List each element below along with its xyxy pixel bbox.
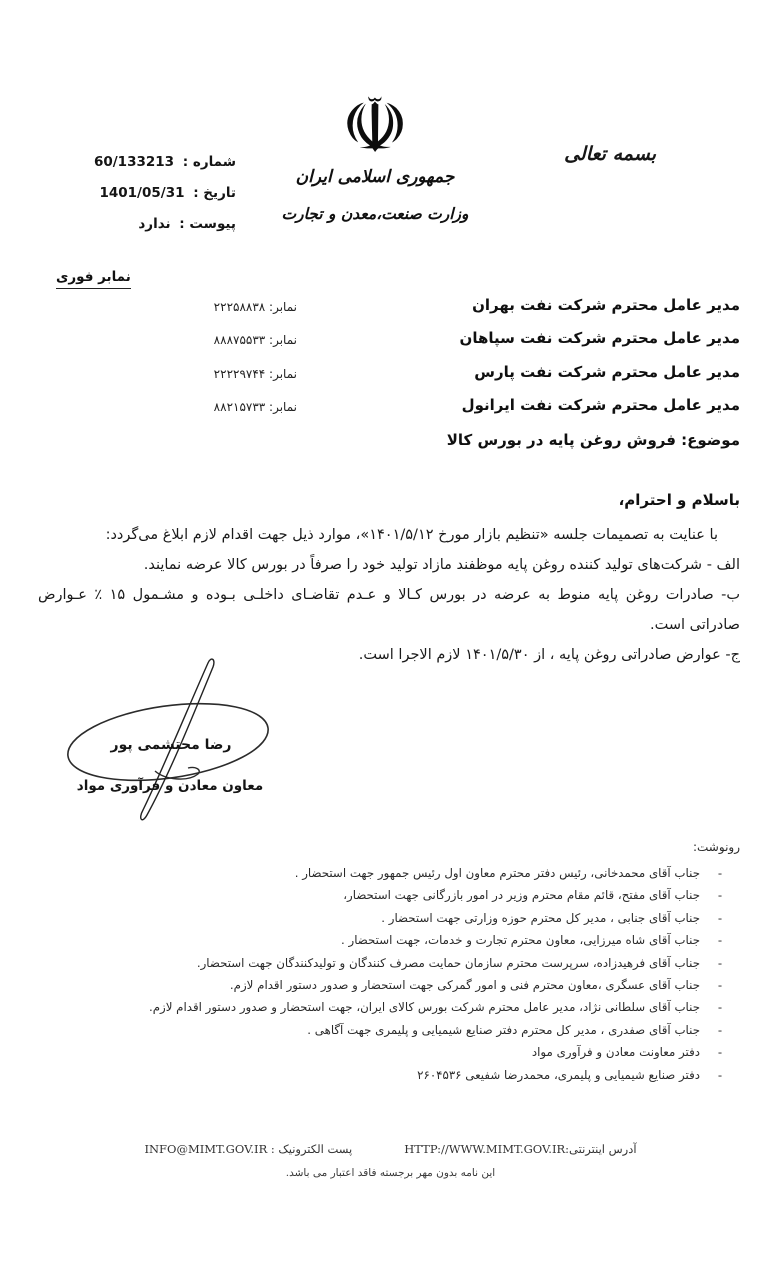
- cc-item: دفتر صنایع شیمیایی و پلیمری، محمدرضا شفی…: [40, 1064, 740, 1086]
- urgent-fax-header: نمابر فوری: [56, 269, 131, 289]
- letter-attachment-value: ندارد: [138, 216, 174, 232]
- salutation-line: باسلام و احترام،: [619, 491, 740, 509]
- bismillah-text: بسمه تعالی: [564, 143, 656, 165]
- letter-meta-block: شماره : 60/133213 تاریخ : 1401/05/31 پیو…: [28, 147, 236, 240]
- cc-item: جناب آقای جنابی ، مدیر کل محترم حوزه وزا…: [40, 907, 740, 929]
- letter-date-value: 1401/05/31: [99, 185, 188, 201]
- cc-label: رونوشت:: [40, 838, 740, 856]
- recipient-name: مدیر عامل محترم شرکت نفت سپاهان: [40, 329, 740, 347]
- recipient-row: مدیر عامل محترم شرکت نفت پارس نمابر: ۲۲۲…: [40, 363, 740, 387]
- recipient-name: مدیر عامل محترم شرکت نفت ایرانول: [40, 396, 740, 414]
- letter-attachment-row: پیوست : ندارد: [28, 209, 236, 240]
- cc-block: رونوشت: جناب آقای محمدخانی، رئیس دفتر مح…: [40, 838, 740, 1086]
- ministry-name: وزارت صنعت،معدن و تجارت: [245, 204, 505, 223]
- footer-email-address: پست الکترونیک : INFO@MIMT.GOV.IR: [144, 1142, 352, 1156]
- recipient-fax: نمابر: ۸۸۲۱۵۷۳۳: [157, 400, 297, 414]
- cc-item: جناب آقای شاه میرزایی، معاون محترم تجارت…: [40, 929, 740, 951]
- letter-date-label: تاریخ :: [193, 185, 236, 201]
- letter-date-row: تاریخ : 1401/05/31: [28, 178, 236, 209]
- letter-number-row: شماره : 60/133213: [28, 147, 236, 178]
- body-line-clause-b: ب- صادرات روغن پایه منوط به عرضه در بورس…: [38, 580, 740, 610]
- recipient-fax: نمابر: ۸۸۸۷۵۵۳۳: [157, 333, 297, 347]
- body-line-intro: با عنایت به تصمیمات جلسه «تنظیم بازار مو…: [38, 520, 740, 550]
- recipient-row: مدیر عامل محترم شرکت نفت ایرانول نمابر: …: [40, 396, 740, 420]
- cc-item: جناب آقای سلطانی نژاد، مدیر عامل محترم ش…: [40, 996, 740, 1018]
- recipient-name: مدیر عامل محترم شرکت نفت بهران: [40, 296, 740, 314]
- footer-contact-line: آدرس اینترنتی:HTTP://WWW.MIMT.GOV.IRپست …: [0, 1142, 781, 1156]
- cc-list: جناب آقای محمدخانی، رئیس دفتر محترم معاو…: [40, 862, 740, 1086]
- footer-validity-note: این نامه بدون مهر برجسته فاقد اعتبار می …: [0, 1167, 781, 1179]
- body-line-clause-b-cont: صادراتی است.: [38, 610, 740, 640]
- letter-body: با عنایت به تصمیمات جلسه «تنظیم بازار مو…: [38, 520, 740, 670]
- cc-item: جناب آقای عسگری ،معاون محترم فنی و امور …: [40, 974, 740, 996]
- recipient-name: مدیر عامل محترم شرکت نفت پارس: [40, 363, 740, 381]
- cc-item: دفتر معاونت معادن و فرآوری مواد: [40, 1041, 740, 1063]
- recipients-list: مدیر عامل محترم شرکت نفت بهران نمابر: ۲۲…: [40, 296, 740, 436]
- subject-line: موضوع: فروش روغن پایه در بورس کالا: [447, 431, 740, 449]
- recipient-fax: نمابر: ۲۲۲۵۸۸۳۸: [157, 300, 297, 314]
- recipient-row: مدیر عامل محترم شرکت نفت بهران نمابر: ۲۲…: [40, 296, 740, 320]
- signer-title: معاون معادن و فرآوری مواد: [72, 778, 268, 794]
- country-name: جمهوری اسلامی ایران: [255, 167, 495, 187]
- signer-name: رضا محتشمی پور: [110, 737, 232, 753]
- cc-item: جناب آقای مفتح، قائم مقام محترم وزیر در …: [40, 884, 740, 906]
- iran-emblem-icon: ☫: [341, 81, 409, 170]
- cc-item: جناب آقای محمدخانی، رئیس دفتر محترم معاو…: [40, 862, 740, 884]
- recipient-row: مدیر عامل محترم شرکت نفت سپاهان نمابر: ۸…: [40, 329, 740, 353]
- cc-item: جناب آقای فرهیدزاده، سرپرست محترم سازمان…: [40, 952, 740, 974]
- letter-number-value: 60/133213: [94, 154, 178, 170]
- letter-number-label: شماره :: [183, 154, 236, 170]
- emblem-wrap: ☫: [285, 86, 465, 166]
- recipient-fax: نمابر: ۲۲۲۲۹۷۴۴: [157, 367, 297, 381]
- body-line-clause-a: الف - شرکت‌های تولید کننده روغن پایه موظ…: [38, 550, 740, 580]
- official-letter-page: شماره : 60/133213 تاریخ : 1401/05/31 پیو…: [0, 0, 781, 1265]
- footer-internet-address: آدرس اینترنتی:HTTP://WWW.MIMT.GOV.IR: [404, 1142, 636, 1156]
- cc-item: جناب آقای صفدری ، مدیر کل محترم دفتر صنا…: [40, 1019, 740, 1041]
- letter-attachment-label: پیوست :: [179, 216, 236, 232]
